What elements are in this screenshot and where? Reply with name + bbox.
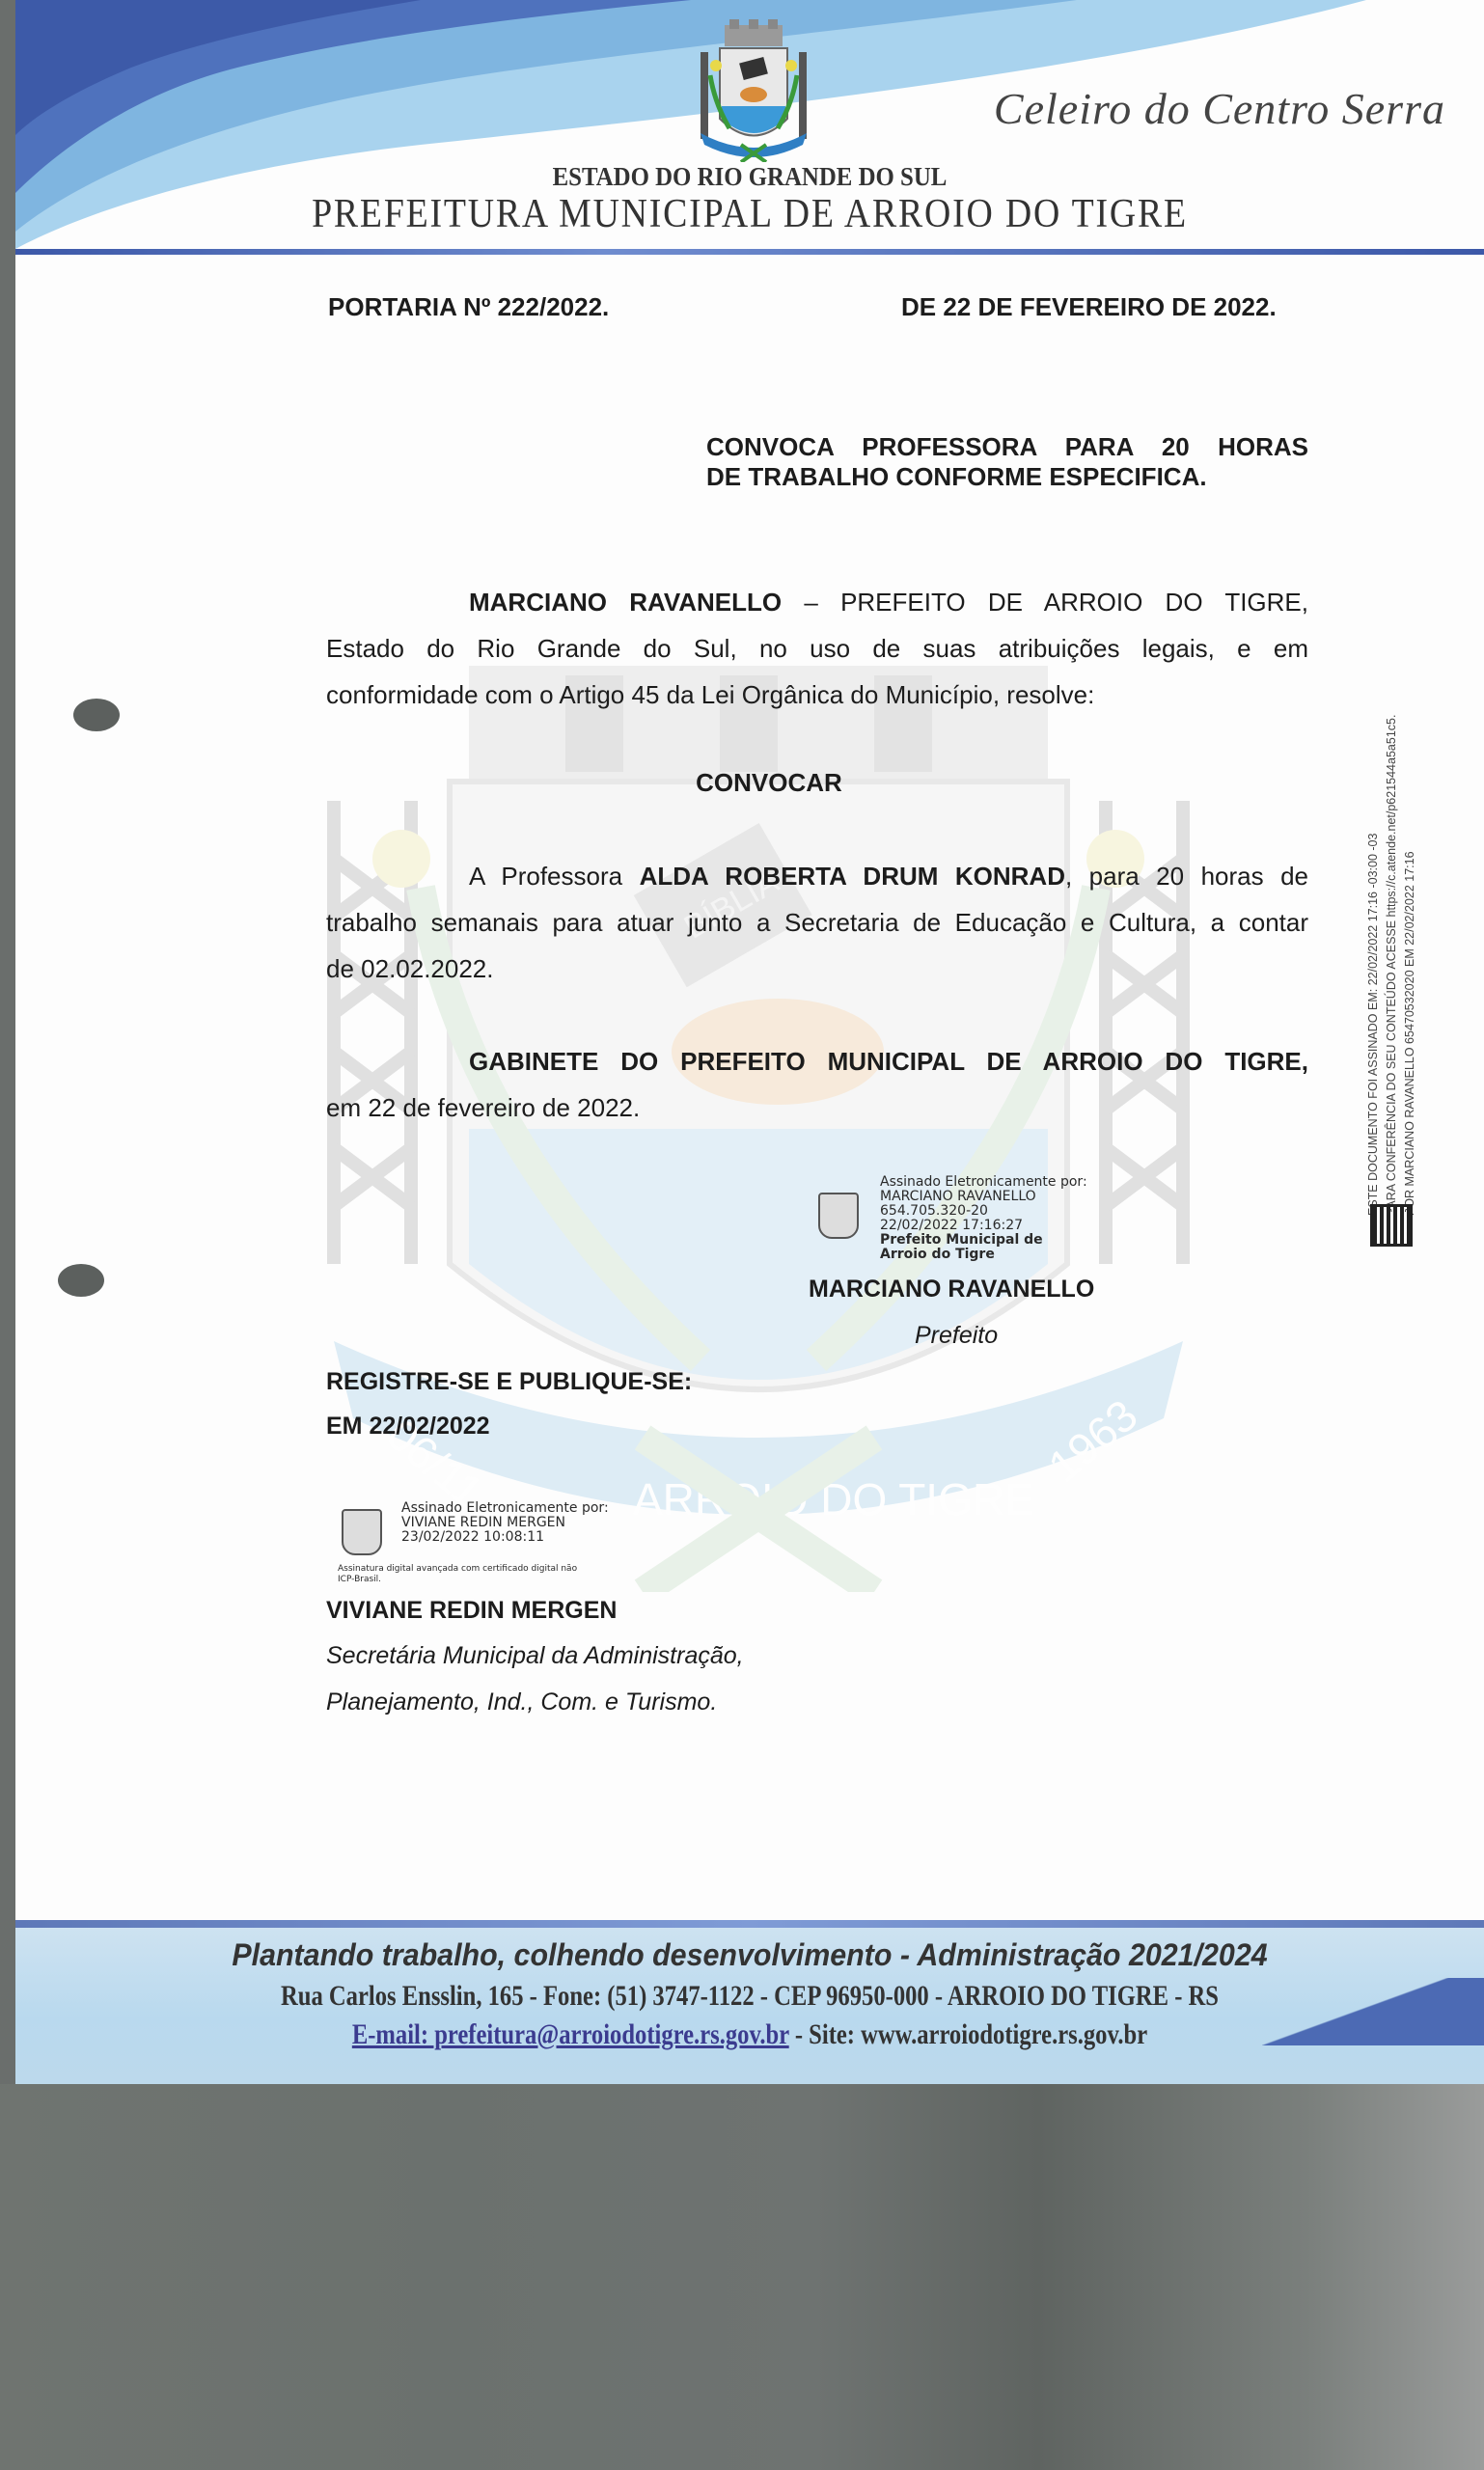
verification-link[interactable]: PARA CONFERÊNCIA DO SEU CONTEÚDO ACESSE … [1383,637,1401,1216]
secretary-name: VIVIANE REDIN MERGEN [326,1597,617,1625]
mayor-name-inline: MARCIANO RAVANELLO [469,588,782,617]
punch-hole [73,699,120,731]
teacher-name: ALDA ROBERTA DRUM KONRAD [640,862,1065,891]
signature-seal-icon [818,1193,859,1239]
document-page: Celeiro do Centro Serra ESTADO DO RIO GR… [15,0,1484,2084]
registration-date: EM 22/02/2022 [326,1413,490,1441]
mayor-e-signature: Assinado Eletronicamente por: MARCIANO R… [880,1175,1087,1262]
qr-code-icon[interactable] [1370,1204,1413,1247]
header-divider [15,249,1484,255]
signature-note: Assinatura digital avançada com certific… [338,1564,579,1585]
summary-line-2: DE TRABALHO CONFORME ESPECIFICA. [706,462,1207,492]
scanner-edge [0,0,15,2084]
portaria-number: PORTARIA Nº 222/2022. [328,292,609,322]
prefecture-name: PREFEITURA MUNICIPAL DE ARROIO DO TIGRE [89,191,1411,237]
secretary-e-signature: Assinado Eletronicamente por: VIVIANE RE… [401,1501,609,1545]
site-text: - Site: www.arroiodotigre.rs.gov.br [789,2018,1147,2050]
preamble: MARCIANO RAVANELLO – PREFEITO DE ARROIO … [326,579,1308,718]
state-name: ESTADO DO RIO GRANDE DO SUL [74,162,1425,192]
verification-stamp: ESTE DOCUMENTO FOI ASSINADO EM: 22/02/20… [1364,637,1422,1216]
action-heading: CONVOCAR [15,768,1484,798]
registration-line: REGISTRE-SE E PUBLIQUE-SE: [326,1368,692,1396]
secretary-title-line-1: Secretária Municipal da Administração, [326,1642,744,1670]
footer-slogan: Plantando trabalho, colhendo desenvolvim… [52,1937,1447,1973]
secretary-title-line-2: Planejamento, Ind., Com. e Turismo. [326,1688,717,1716]
footer-divider [15,1920,1484,1928]
footer-contacts: E-mail: prefeitura@arroiodotigre.rs.gov.… [148,2018,1352,2051]
email-link[interactable]: E-mail: prefeitura@arroiodotigre.rs.gov.… [352,2018,789,2050]
footer-address: Rua Carlos Ensslin, 165 - Fone: (51) 374… [148,1980,1352,2013]
signature-seal-icon [342,1509,382,1555]
letterhead-footer: Plantando trabalho, colhendo desenvolvim… [15,1920,1484,2084]
mayor-title: Prefeito [915,1322,998,1350]
municipal-coat-of-arms-icon [681,17,826,162]
closing: GABINETE DO PREFEITO MUNICIPAL DE ARROIO… [326,1038,1308,1131]
mayor-name: MARCIANO RAVANELLO [809,1276,1094,1304]
punch-hole [58,1264,104,1297]
municipal-motto: Celeiro do Centro Serra [994,83,1445,134]
convocation-body: A Professora ALDA ROBERTA DRUM KONRAD, p… [326,853,1308,992]
portaria-date: DE 22 DE FEVEREIRO DE 2022. [901,292,1277,322]
summary-line-1: CONVOCA PROFESSORA PARA 20 HORAS [706,432,1308,462]
